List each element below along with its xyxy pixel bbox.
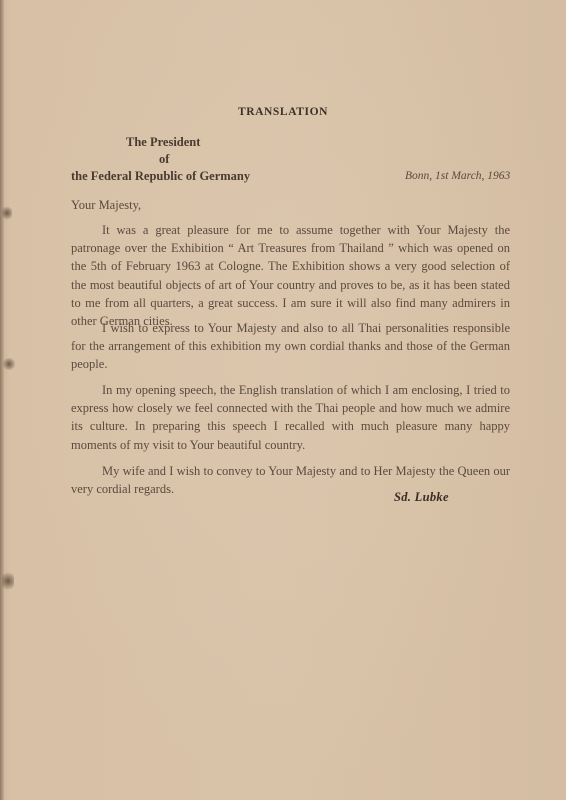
letter-paragraph-3: In my opening speech, the English transl… <box>71 381 510 454</box>
paragraph-text: I wish to express to Your Majesty and al… <box>71 319 510 374</box>
binding-mark <box>2 205 12 221</box>
document-page: TRANSLATION The President of the Federal… <box>0 0 566 800</box>
binding-mark <box>2 358 16 370</box>
letter-paragraph-2: I wish to express to Your Majesty and al… <box>71 319 510 374</box>
dateline: Bonn, 1st March, 1963 <box>405 170 510 182</box>
paragraph-text: It was a great pleasure for me to assume… <box>71 221 510 330</box>
sender-line-1: The President <box>126 135 200 150</box>
sender-line-2: of <box>159 152 169 167</box>
page-binding-edge <box>0 0 4 800</box>
signature: Sd. Lubke <box>394 490 449 505</box>
binding-mark <box>2 570 14 592</box>
letter-paragraph-1: It was a great pleasure for me to assume… <box>71 221 510 330</box>
document-title: TRANSLATION <box>0 106 566 118</box>
paragraph-text: In my opening speech, the English transl… <box>71 381 510 454</box>
salutation: Your Majesty, <box>71 198 141 213</box>
sender-line-3: the Federal Republic of Germany <box>71 169 250 184</box>
